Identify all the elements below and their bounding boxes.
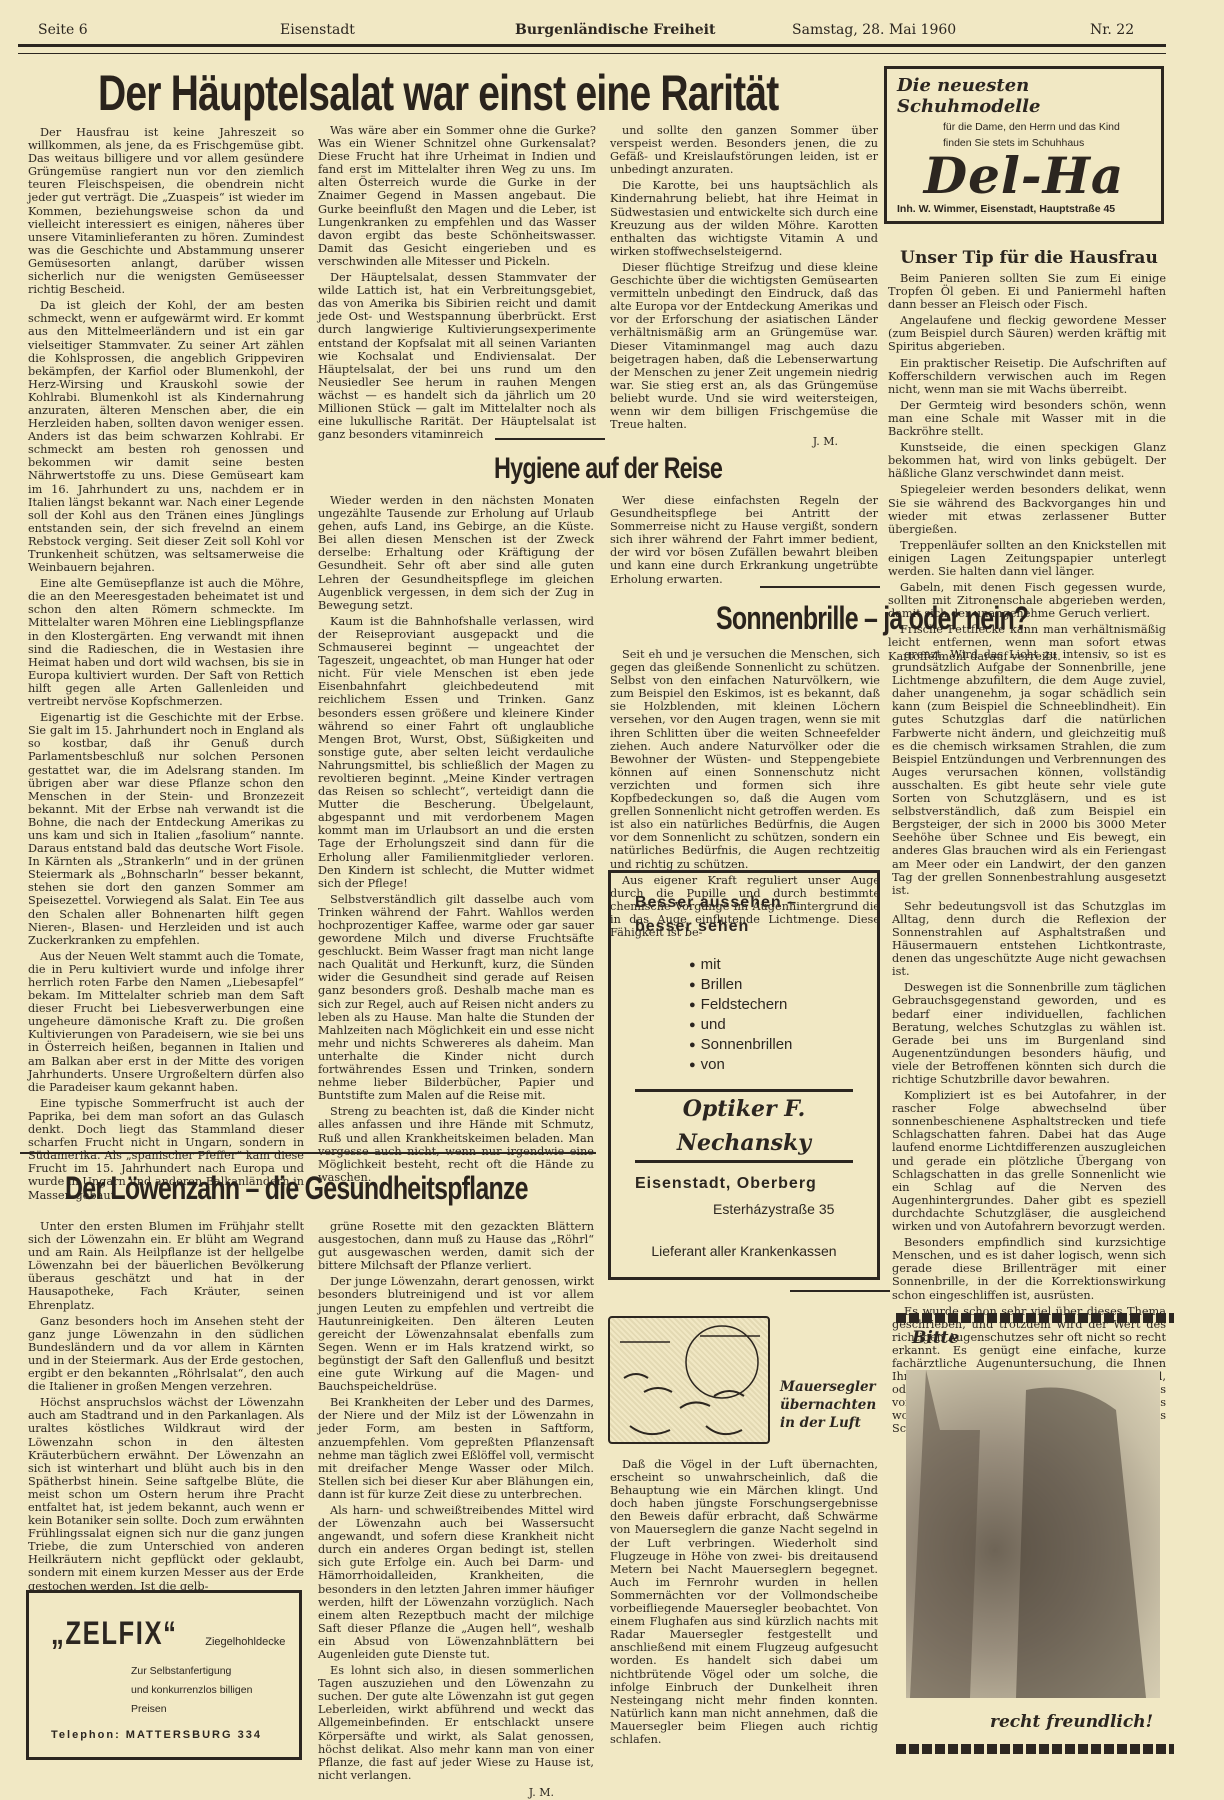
salat-signature: J. M. xyxy=(610,435,878,448)
loewenzahn-signature: J. M. xyxy=(318,1786,594,1799)
zelfix-brand: „ZELFIX“ xyxy=(51,1615,178,1652)
ad-optiker: Besser aussehen – besser sehen mit Brill… xyxy=(608,870,880,1280)
divider xyxy=(495,438,605,440)
tip-item: Ein praktischer Reisetip. Die Aufschrift… xyxy=(888,357,1166,396)
optiker-brand: Optiker F. Nechansky xyxy=(635,1092,853,1160)
tips-headline: Unser Tip für die Hausfrau xyxy=(884,248,1174,268)
headline-sonnenbrille: Sonnenbrille – ja oder nein? xyxy=(716,600,1028,637)
issue-date: Samstag, 28. Mai 1960 xyxy=(792,22,956,38)
divider xyxy=(20,1152,596,1154)
loewenzahn-column-2: grüne Rosette mit den gezackten Blättern… xyxy=(318,1220,594,1799)
tip-item: Treppenläufer sollten an den Knickstelle… xyxy=(888,539,1166,578)
horse-icon xyxy=(906,1370,1160,1698)
delha-logo: Del-Ha xyxy=(897,149,1151,203)
bitte-top-text: Bitte xyxy=(912,1328,959,1348)
mauersegler-headline: Mauersegler übernachten in der Luft xyxy=(780,1378,890,1432)
issue-number: Nr. 22 xyxy=(1090,22,1134,38)
birds-moon-illustration xyxy=(608,1316,770,1444)
tip-item: Kunstseide, die einen speckigen Glanz be… xyxy=(888,441,1166,480)
zelfix-phone: Telephon: MATTERSBURG 334 xyxy=(51,1729,277,1741)
optiker-headline: Besser aussehen – besser sehen xyxy=(635,891,815,939)
salat-column-2: Was wäre aber ein Sommer ohne die Gurke?… xyxy=(318,124,596,444)
hygiene-column-2: Wer diese einfachsten Regeln der Gesundh… xyxy=(610,494,878,589)
masthead-rule xyxy=(18,44,1166,54)
headline-loewenzahn: Der Löwenzahn – die Gesundheitspflanze xyxy=(65,1170,528,1207)
masthead-city: Eisenstadt xyxy=(280,22,355,38)
loewenzahn-column-1: Unter den ersten Blumen im Frühjahr stel… xyxy=(28,1220,304,1596)
tip-item: Angelaufene und fleckig gewordene Messer… xyxy=(888,314,1166,353)
headline-hygiene: Hygiene auf der Reise xyxy=(494,452,722,486)
masthead: Seite 6 Eisenstadt Burgenländische Freih… xyxy=(30,22,1160,44)
optiker-list: mit Brillen Feldstechern und Sonnenbrill… xyxy=(689,955,853,1075)
tip-item: Der Germteig wird besonders schön, wenn … xyxy=(888,399,1166,438)
hygiene-column-1: Wieder werden in den nächsten Monaten un… xyxy=(318,494,594,1187)
tip-item: Beim Panieren sollten Sie zum Ei einige … xyxy=(888,272,1166,311)
bitte-bottom-text: recht freundlich! xyxy=(990,1712,1153,1732)
salat-column-3: und sollte den ganzen Sommer über verspe… xyxy=(610,124,878,448)
mauersegler-body: Daß die Vögel in der Luft übernachten, e… xyxy=(610,1458,878,1749)
two-horses-photo xyxy=(906,1370,1160,1698)
page-number: Seite 6 xyxy=(38,22,88,38)
headline-salat: Der Häuptelsalat war einst eine Rarität xyxy=(98,64,779,122)
tip-item: Spiegeleier werden besonders delikat, we… xyxy=(888,483,1166,535)
divider xyxy=(760,586,880,588)
dotted-border xyxy=(896,1744,1174,1754)
ad-zelfix: „ZELFIX“ Ziegelhohldecke Zur Selbstanfer… xyxy=(26,1590,302,1760)
salat-column-1: Der Hausfrau ist keine Jahreszeit so wil… xyxy=(28,126,304,1205)
bird-icon xyxy=(610,1318,768,1442)
divider xyxy=(790,1290,890,1292)
ad-delha: Die neuesten Schuhmodelle für die Dame, … xyxy=(884,66,1164,224)
paper-name: Burgenländische Freiheit xyxy=(515,22,715,38)
delha-tagline: Die neuesten Schuhmodelle xyxy=(897,75,1151,117)
dotted-border xyxy=(896,1313,1174,1323)
